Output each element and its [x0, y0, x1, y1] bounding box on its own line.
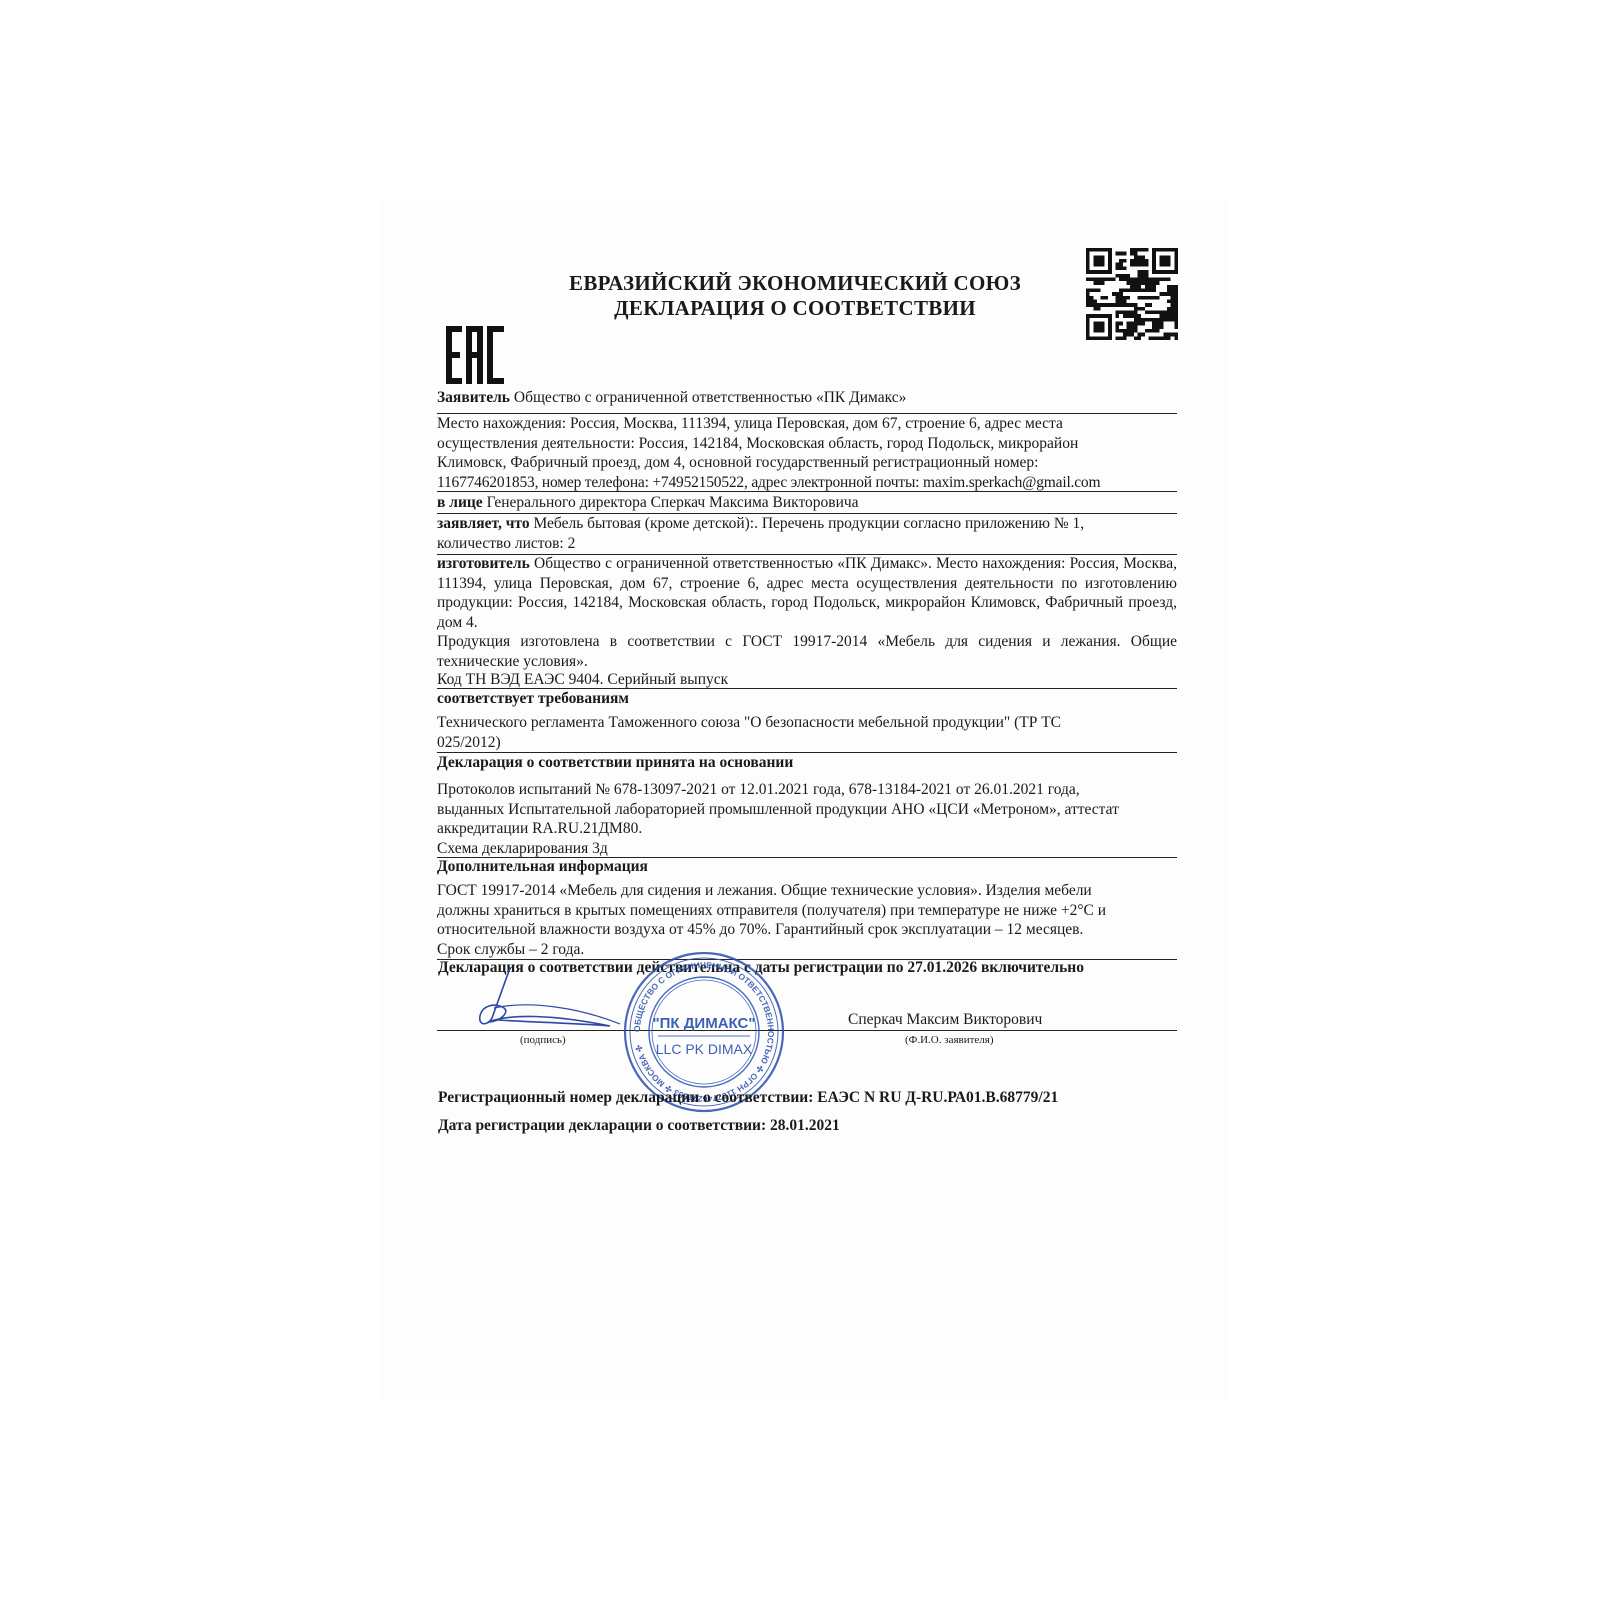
signature-icon: [470, 960, 640, 1040]
declares-label: заявляет, что: [437, 515, 530, 532]
requirements-label-text: соответствует требованиям: [437, 690, 629, 707]
registration-date-row: Дата регистрации декларации о соответств…: [438, 1117, 840, 1135]
address-line-1: Место нахождения: Россия, Москва, 111394…: [437, 414, 1177, 434]
basis-scheme: Схема декларирования 3д: [437, 839, 1177, 859]
basis-label: Декларация о соответствии принята на осн…: [437, 753, 1177, 773]
manufacturer-label: изготовитель: [437, 555, 530, 572]
applicant-label: Заявитель: [437, 389, 510, 406]
declaration-title: ДЕКЛАРАЦИЯ О СООТВЕТСТВИИ: [425, 296, 1165, 321]
declares-row: заявляет, что Мебель бытовая (кроме детс…: [437, 514, 1177, 553]
represented-row: в лице Генерального директора Сперкач Ма…: [437, 493, 1177, 513]
represented-value: Генерального директора Сперкач Максима В…: [487, 494, 859, 511]
additional-label-text: Дополнительная информация: [437, 858, 648, 875]
manufacturer-value: Общество с ограниченной ответственностью…: [437, 555, 1177, 631]
basis-line-3: аккредитации RA.RU.21ДМ80.: [437, 819, 1177, 839]
address-line-4: 1167746201853, номер телефона: +74952150…: [437, 473, 1177, 493]
requirements-value: Технического регламента Таможенного союз…: [437, 713, 1177, 752]
additional-label: Дополнительная информация: [437, 857, 1177, 877]
applicant-row: Заявитель Общество с ограниченной ответс…: [437, 388, 1177, 408]
requirements-line-1: Технического регламента Таможенного союз…: [437, 713, 1177, 733]
registration-number-label: Регистрационный номер декларации о соотв…: [438, 1089, 813, 1106]
product-code: Код ТН ВЭД ЕАЭС 9404. Серийный выпуск: [437, 670, 1177, 690]
manufacturer-standard: Продукция изготовлена в соответствии с Г…: [437, 632, 1177, 671]
additional-line-3: относительной влажности воздуха от 45% д…: [437, 920, 1177, 940]
registration-date-label: Дата регистрации декларации о соответств…: [438, 1117, 766, 1134]
additional-line-1: ГОСТ 19917-2014 «Мебель для сидения и ле…: [437, 881, 1177, 901]
requirements-label: соответствует требованиям: [437, 689, 1177, 709]
registration-number-value: ЕАЭС N RU Д-RU.РА01.В.68779/21: [817, 1089, 1058, 1106]
additional-line-2: должны храниться в крытых помещениях отп…: [437, 901, 1177, 921]
svg-text:LLC PK DIMAX: LLC PK DIMAX: [656, 1041, 753, 1057]
declares-value: Мебель бытовая (кроме детской):. Перечен…: [533, 515, 1084, 532]
requirements-line-2: 025/2012): [437, 733, 1177, 753]
declares-line-2: количество листов: 2: [437, 534, 1177, 554]
address-line-2: осуществления деятельности: Россия, 1421…: [437, 434, 1177, 454]
eac-logo-icon: [446, 326, 504, 384]
basis-line-1: Протоколов испытаний № 678-13097-2021 от…: [437, 780, 1177, 800]
address-block: Место нахождения: Россия, Москва, 111394…: [437, 414, 1177, 492]
svg-text:"ПК ДИМАКС": "ПК ДИМАКС": [653, 1015, 756, 1032]
applicant-name: Сперкач Максим Викторович: [848, 1011, 1042, 1029]
represented-label: в лице: [437, 494, 483, 511]
union-title: ЕВРАЗИЙСКИЙ ЭКОНОМИЧЕСКИЙ СОЮЗ: [425, 271, 1165, 296]
basis-line-2: выданных Испытательной лабораторией пром…: [437, 800, 1177, 820]
divider: [437, 491, 1177, 492]
address-line-3: Климовск, Фабричный проезд, дом 4, основ…: [437, 453, 1177, 473]
basis-label-text: Декларация о соответствии принята на осн…: [437, 754, 793, 771]
name-caption: (Ф.И.О. заявителя): [905, 1034, 994, 1046]
manufacturer-block: изготовитель Общество с ограниченной отв…: [437, 554, 1177, 632]
additional-block: ГОСТ 19917-2014 «Мебель для сидения и ле…: [437, 881, 1177, 959]
registration-number-row: Регистрационный номер декларации о соотв…: [438, 1089, 1058, 1107]
additional-line-4: Срок службы – 2 года.: [437, 940, 1177, 960]
applicant-value: Общество с ограниченной ответственностью…: [514, 389, 906, 406]
qr-code-icon: [1086, 248, 1178, 340]
basis-block: Протоколов испытаний № 678-13097-2021 от…: [437, 780, 1177, 858]
registration-date-value: 28.01.2021: [770, 1117, 840, 1134]
